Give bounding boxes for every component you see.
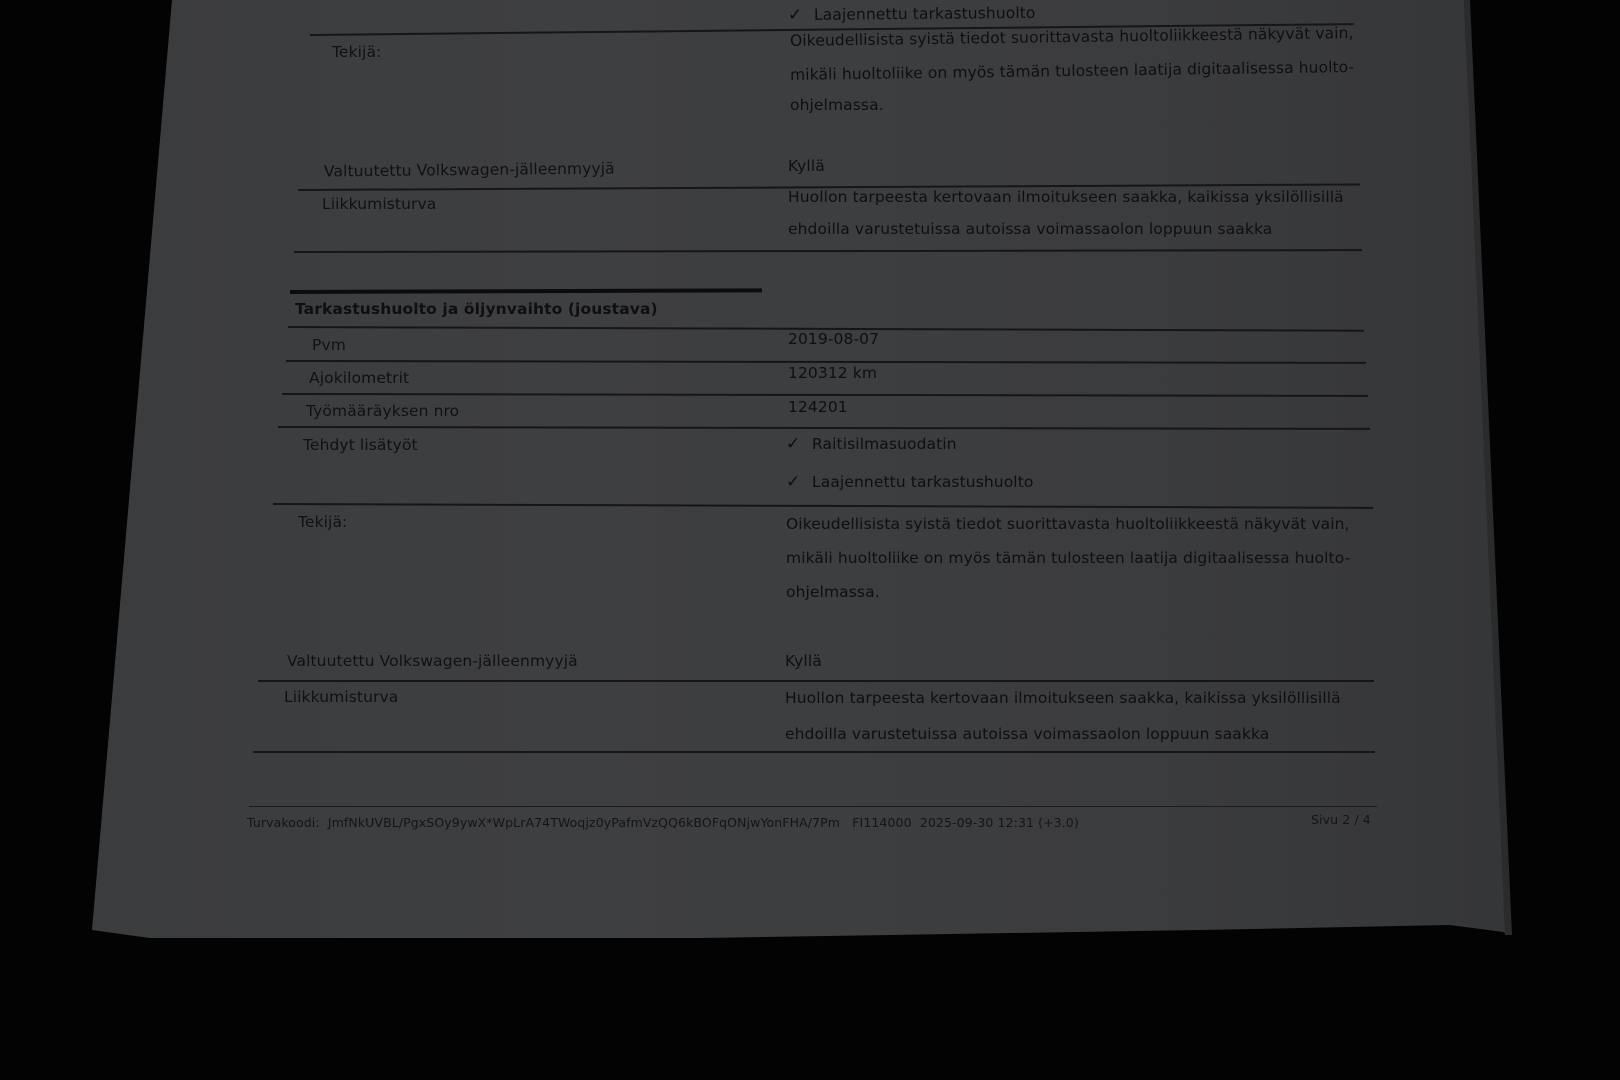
- footer-divider: [249, 806, 1377, 807]
- row-label-mileage: Ajokilometrit: [309, 369, 409, 387]
- row-value-date: 2019-08-07: [788, 330, 879, 348]
- mobility-label: Liikkumisturva: [322, 195, 436, 213]
- mobility-value-line: Huollon tarpeesta kertovaan ilmoitukseen…: [785, 689, 1341, 707]
- row-label-work-order: Työmääräyksen nro: [306, 402, 459, 420]
- completed-work-label: Raitisilmasuodatin: [812, 435, 957, 453]
- dealer-value: Kyllä: [785, 652, 822, 670]
- completed-work-item: ✓Raitisilmasuodatin: [786, 434, 957, 454]
- completed-work-label: Laajennettu tarkastushuolto: [814, 4, 1036, 24]
- performer-label: Tekijä:: [332, 43, 381, 61]
- row-divider: [253, 751, 1375, 753]
- page-current: 2: [1342, 812, 1350, 827]
- dealer-label: Valtuutettu Volkswagen-jälleenmyyjä: [324, 159, 615, 180]
- page-indicator: Sivu 2 / 4: [1311, 812, 1371, 827]
- security-code: JmfNkUVBL/PgxSOy9ywX*WpLrA74TWoqjz0yPafm…: [328, 815, 840, 830]
- row-value-mileage: 120312 km: [788, 364, 877, 382]
- page-label: Sivu: [1311, 812, 1338, 827]
- security-code-line: Turvakoodi: JmfNkUVBL/PgxSOy9ywX*WpLrA74…: [247, 815, 1079, 830]
- dealer-label: Valtuutettu Volkswagen-jälleenmyyjä: [287, 652, 578, 670]
- performer-note-line: Oikeudellisista syistä tiedot suorittava…: [786, 515, 1350, 533]
- mobility-label: Liikkumisturva: [284, 688, 398, 706]
- row-divider: [258, 680, 1374, 682]
- page-total: 4: [1363, 812, 1371, 827]
- performer-label: Tekijä:: [298, 513, 347, 531]
- completed-work-item: ✓Laajennettu tarkastushuolto: [786, 472, 1033, 492]
- section-title: Tarkastushuolto ja öljynvaihto (joustava…: [295, 300, 658, 318]
- completed-works-label: Tehdyt lisätyöt: [303, 436, 418, 454]
- row-label-date: Pvm: [312, 336, 346, 354]
- performer-note-line: mikäli huoltoliike on myös tämän tuloste…: [786, 549, 1350, 567]
- dealer-value: Kyllä: [788, 157, 825, 175]
- printed-at: 2025-09-30 12:31 (+3.0): [920, 815, 1079, 830]
- station-code: FI114000: [852, 815, 911, 830]
- mobility-value-line: Huollon tarpeesta kertovaan ilmoitukseen…: [788, 188, 1344, 206]
- mobility-value-line: ehdoilla varustetuissa autoissa voimassa…: [788, 220, 1272, 238]
- page-separator: /: [1354, 812, 1358, 827]
- checkmark-icon: ✓: [786, 434, 812, 454]
- completed-work-label: Laajennettu tarkastushuolto: [812, 473, 1033, 491]
- mobility-value-line: ehdoilla varustetuissa autoissa voimassa…: [785, 725, 1269, 743]
- completed-work-item: ✓Laajennettu tarkastushuolto: [788, 3, 1036, 25]
- checkmark-icon: ✓: [788, 5, 814, 25]
- row-value-work-order: 124201: [788, 398, 848, 416]
- security-code-label: Turvakoodi:: [247, 815, 320, 830]
- performer-note-line: ohjelmassa.: [786, 583, 880, 601]
- checkmark-icon: ✓: [786, 472, 812, 492]
- performer-note-line: ohjelmassa.: [790, 96, 884, 114]
